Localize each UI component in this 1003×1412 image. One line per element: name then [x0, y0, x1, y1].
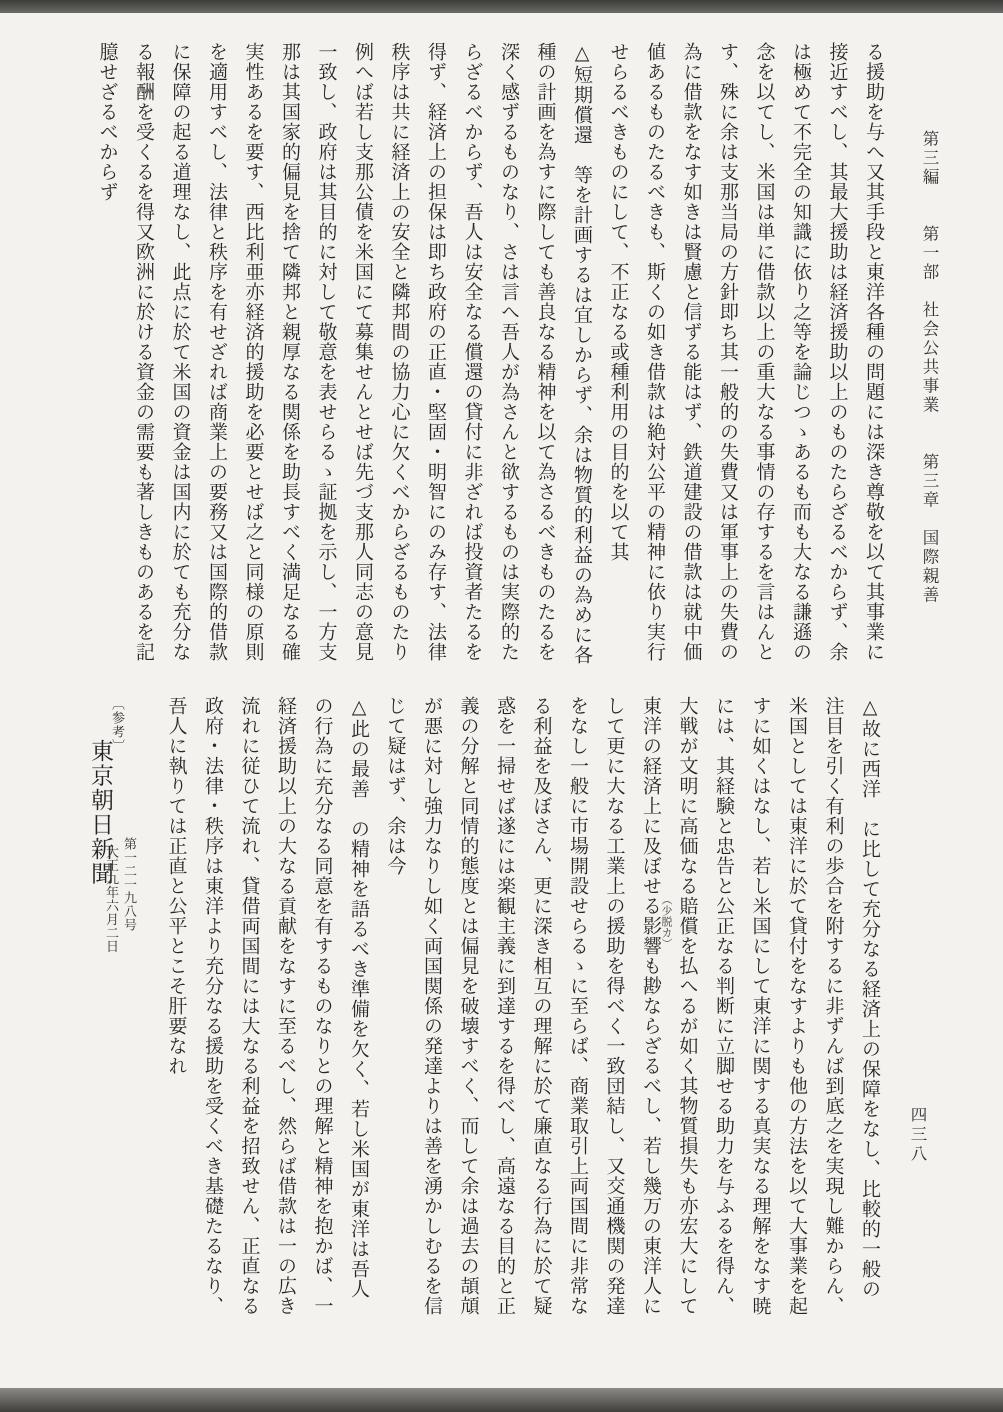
text-column: 例へば若し支那公債を米国にて募集せんとせば先づ支那人同志の意見: [344, 42, 381, 690]
bottom-text-block: △故に西洋 に比して充分なる経済上の保障をなし、比較的一般の 注目を引く有利の歩…: [157, 696, 887, 1344]
top-text-block: る援助を与へ又其手段と東洋各種の問題には深き尊敬を以て其事業に 接近すべし、其最…: [88, 42, 891, 690]
citation-date: 大正九年六月二日: [102, 845, 121, 953]
text-column: 念を以てし、米国は単に借款以上の重大なる事情の存するを言はんと: [745, 42, 782, 690]
text-column: すに如くはなし、若し米国にして東洋に関する真実なる理解をなす暁: [741, 696, 778, 1344]
text-column: 経済援助以上の大なる貢献をなすに至るべし、然らば借款は一の広き: [267, 696, 304, 1344]
text-column: す、殊に余は支那当局の方針即ち其一般的の失費又は軍事上の失費の: [709, 42, 746, 690]
text-column: 種の計画を為すに際しても善良なる精神を以て為さるべきものたるを: [526, 42, 563, 690]
running-head: 第三編 第一部 社会公共事業 第三章 国際親善: [917, 130, 941, 605]
text-column: 深く感ずるものなり、さは言へ吾人が為さんと欲するものは実際的た: [490, 42, 527, 690]
text-column: 政府・法律・秩序は東洋より充分なる援助を受くべき基礎たるなり、: [194, 696, 231, 1344]
text-column: 義の分解と同情的態度とは偏見を破壊すべく、而して余は過去の頡頏: [449, 696, 486, 1344]
text-column: をなし一般に市場開設せらるゝに至らば、商業取引上両国間に非常な: [559, 696, 596, 1344]
text-column: 接近すべし、其最大援助は経済援助以上のものたらざるべからず、余: [818, 42, 855, 690]
text-column: 為に借款をなす如きは賢慮と信ずる能はず、鉄道建設の借款は就中価: [672, 42, 709, 690]
text-column: は極めて不完全の知識に依り之等を論じつゝあるも而も大なる謙遜の: [782, 42, 819, 690]
text-column: 一致し、政府は其目的に対して敬意を表せらるゝ証拠を示し、一方支: [307, 42, 344, 690]
text-column: 吾人に執りては正直と公平とこそ肝要なれ: [157, 696, 194, 1344]
text-column: して更に大なる工業上の援助を得べく一致団結し、又交通機関の発達: [595, 696, 632, 1344]
text-column: 惑を一掃せば遂には楽観主義に到達するを得べし、高遠なる目的と正: [486, 696, 523, 1344]
text-column: じて疑はず、余は今: [376, 696, 413, 1344]
text-column: には、其経験と忠告と公正なる判断に立脚せる助力を与ふるを得ん、: [705, 696, 742, 1344]
editorial-margin-note: （少脱カ）: [660, 894, 671, 949]
text-column: る報酬を受くるを得又欧洲に於ける資金の需要も著しきものあるを記: [125, 42, 162, 690]
text-column: が悪に対し強力なりし如く両国関係の発達よりは善を湧かしむるを信: [413, 696, 450, 1344]
text-column: 米国としては東洋に於て貸付をなすよりも他の方法を以て大事業を起: [778, 696, 815, 1344]
text-column: 流れに従ひて流れ、貸借両国間には大なる利益を招致せん、正直なる: [230, 696, 267, 1344]
text-column: 注目を引く有利の歩合を附するに非ずんば到底之を実現し難からん、: [814, 696, 851, 1344]
text-column: に保障の起る道理なし、此点に於て米国の資金は国内に於ても充分な: [161, 42, 198, 690]
citation-issue-number: 第一二一九八号: [120, 837, 139, 932]
text-column: 大戦が文明に高価なる賠償を払へるが如く其物質損失も亦宏大にして: [668, 696, 705, 1344]
text-column-heading: △短期償還 等を計画するは宜しからず、余は物質的利益の為めに各: [563, 42, 600, 690]
page-number: 四三八: [905, 1106, 929, 1165]
text-column: 得ず、経済上の担保は即ち政府の正直・堅固・明智にのみ存す、法律: [417, 42, 454, 690]
text-column: 値あるものたるべきも、斯くの如き借款は絶対公平の精神に依り実行: [636, 42, 673, 690]
text-column: 秩序は共に経済上の安全と隣邦間の協力心に欠くべからざるものたり: [380, 42, 417, 690]
scanned-page: 第三編 第一部 社会公共事業 第三章 国際親善 四三八 る援助を与へ又其手段と東…: [0, 0, 1003, 1412]
text-column: らざるべからず、吾人は安全なる償還の貸付に非ざれば投資者たるを: [453, 42, 490, 690]
text-column: 東洋の経済上に及ぼせる影響も尠ならざるべし、若し幾万の東洋人に: [632, 696, 669, 1344]
text-column-heading: △故に西洋 に比して充分なる経済上の保障をなし、比較的一般の: [851, 696, 888, 1344]
text-column: る利益を及ぼさん、更に深き相互の理解に於て廉直なる行為に於て疑: [522, 696, 559, 1344]
text-column: を適用すべし、法律と秩序を有せざれば商業上の要務又は国際的借款: [198, 42, 235, 690]
text-column: せらるべきものにして、不正なる或種利用の目的を以て其: [599, 42, 636, 690]
scan-edge-top: [0, 0, 1003, 13]
text-column-heading: △此の最善 の精神を語るべき準備を欠く、若し米国が東洋は吾人: [340, 696, 377, 1344]
text-column: 実性あるを要す、西比利亜亦経済的援助を必要とせば之と同様の原則: [234, 42, 271, 690]
text-column: 臆せざるべからず: [88, 42, 125, 690]
text-column: る援助を与へ又其手段と東洋各種の問題には深き尊敬を以て其事業に: [855, 42, 892, 690]
text-column: 那は其国家的偏見を捨て隣邦と親厚なる関係を助長すべく満足なる確: [271, 42, 308, 690]
text-column: の行為に充分なる同意を有するものなりとの理解と精神を抱かば、一: [303, 696, 340, 1344]
scan-edge-bottom: [0, 1388, 1003, 1412]
